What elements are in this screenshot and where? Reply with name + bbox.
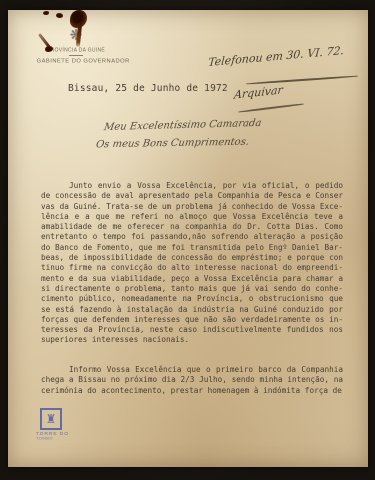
typed-text-line: mento e da sua viabilidade, peço a Vossa… — [41, 274, 343, 284]
typed-text-line: forças que defendem interesses que não s… — [41, 315, 343, 325]
typed-text-line: lência e a que me referi no almoço que V… — [41, 212, 343, 222]
typed-text-line: amabilidade de me oferecer na companhia … — [41, 222, 343, 232]
handwritten-note-line2: Arquivar — [233, 83, 283, 101]
handwritten-underline — [238, 103, 304, 113]
letter-page: ❋ PROVÍNCIA DA GUINÉ GABINETE DO GOVERNA… — [8, 10, 368, 467]
handwritten-note-line1: Telefonou em 30. VI. 72. — [208, 44, 345, 69]
typed-text-line: cerimónia do acontecimento, prestar home… — [41, 386, 343, 396]
typed-text-line: vas da Guiné. Trata-se de um problema já… — [41, 202, 343, 212]
typed-text-line: superiores interesses nacionais. — [41, 335, 343, 345]
photo-of-letter: { "letterhead": { "emblem_glyph": "❋", "… — [0, 0, 375, 480]
dateline: Bissau, 25 de Junho de 1972 — [68, 83, 228, 94]
body-paragraph-2: Informo Vossa Excelência que o primeiro … — [41, 365, 343, 396]
typed-text-line: tinuo firme na convicção do alto interes… — [41, 263, 343, 273]
typed-text-line: cimento público, nomeadamente na Provínc… — [41, 294, 343, 304]
ink-blot-dot — [56, 13, 63, 18]
typed-text-line: teresses da Província, neste caso indisc… — [41, 325, 343, 335]
stamp-caption-line2: TOMBO — [36, 437, 65, 441]
letterhead-department: GABINETE DO GOVERNADOR — [37, 59, 116, 65]
typed-text-line: Junto envio a Vossa Excelência, por via … — [41, 181, 343, 191]
typed-text-line: se está fazendo à instalação da indústri… — [41, 305, 343, 315]
salutation-line2: Os meus Bons Cumprimentos. — [95, 137, 250, 151]
letterhead-divider — [69, 55, 83, 56]
typed-text-line: chega a Bissau no próximo dia 2/3 Julho,… — [41, 375, 343, 385]
archive-stamp: ♜ TORRE DO TOMBO — [36, 408, 80, 443]
body-paragraph-1: Junto envio a Vossa Excelência, por via … — [41, 181, 343, 346]
typed-text-line: entretanto o tempo foi passando,não sofr… — [41, 232, 343, 242]
typed-text-line: do Banco de Fomento, que me foi transmit… — [41, 243, 343, 253]
ink-blot-streak — [36, 35, 56, 53]
tower-logo-icon: ♜ — [40, 408, 62, 430]
salutation-line1: Meu Excelentíssimo Camarada — [103, 118, 262, 133]
handwritten-underline — [246, 75, 358, 84]
typed-text-line: si directamente o problema, tanto mais q… — [41, 284, 343, 294]
typed-text-line: de concessão de aval apresentado pela Co… — [41, 191, 343, 201]
typed-text-line: Informo Vossa Excelência que o primeiro … — [41, 365, 343, 375]
ink-blot-drip — [70, 10, 87, 28]
typed-text-line: beas, de impossibilidade de concessão do… — [41, 253, 343, 263]
ink-blot-dot — [43, 11, 49, 15]
